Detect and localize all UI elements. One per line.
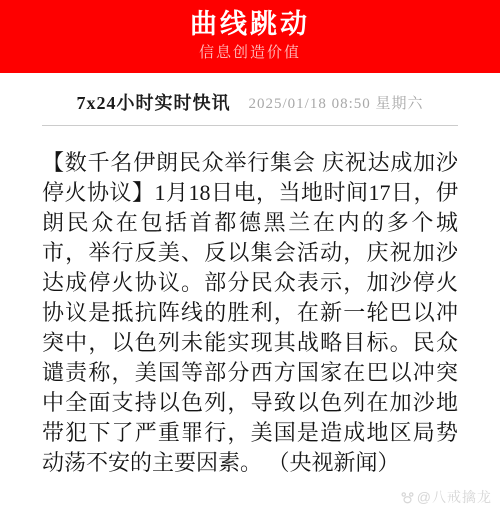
paw-icon — [400, 490, 415, 505]
app-header: 曲线跳动 信息创造价值 — [0, 0, 500, 73]
page-title: 曲线跳动 — [0, 9, 500, 40]
datetime-label: 2025/01/18 08:50 星期六 — [248, 92, 423, 113]
watermark: @八戒擒龙 — [400, 487, 492, 507]
watermark-text: @八戒擒龙 — [417, 487, 492, 507]
page-subtitle: 信息创造价值 — [0, 42, 500, 64]
article-text: 【数千名伊朗民众举行集会 庆祝达成加沙停火协议】1月18日电，当地时间17日，伊… — [42, 148, 458, 478]
section-title: 7x24小时实时快讯 — [76, 89, 230, 115]
news-flash-card: 曲线跳动 信息创造价值 7x24小时实时快讯 2025/01/18 08:50 … — [0, 0, 500, 514]
article-body: 【数千名伊朗民众举行集会 庆祝达成加沙停火协议】1月18日电，当地时间17日，伊… — [0, 126, 500, 478]
news-section-bar: 7x24小时实时快讯 2025/01/18 08:50 星期六 — [0, 73, 500, 125]
